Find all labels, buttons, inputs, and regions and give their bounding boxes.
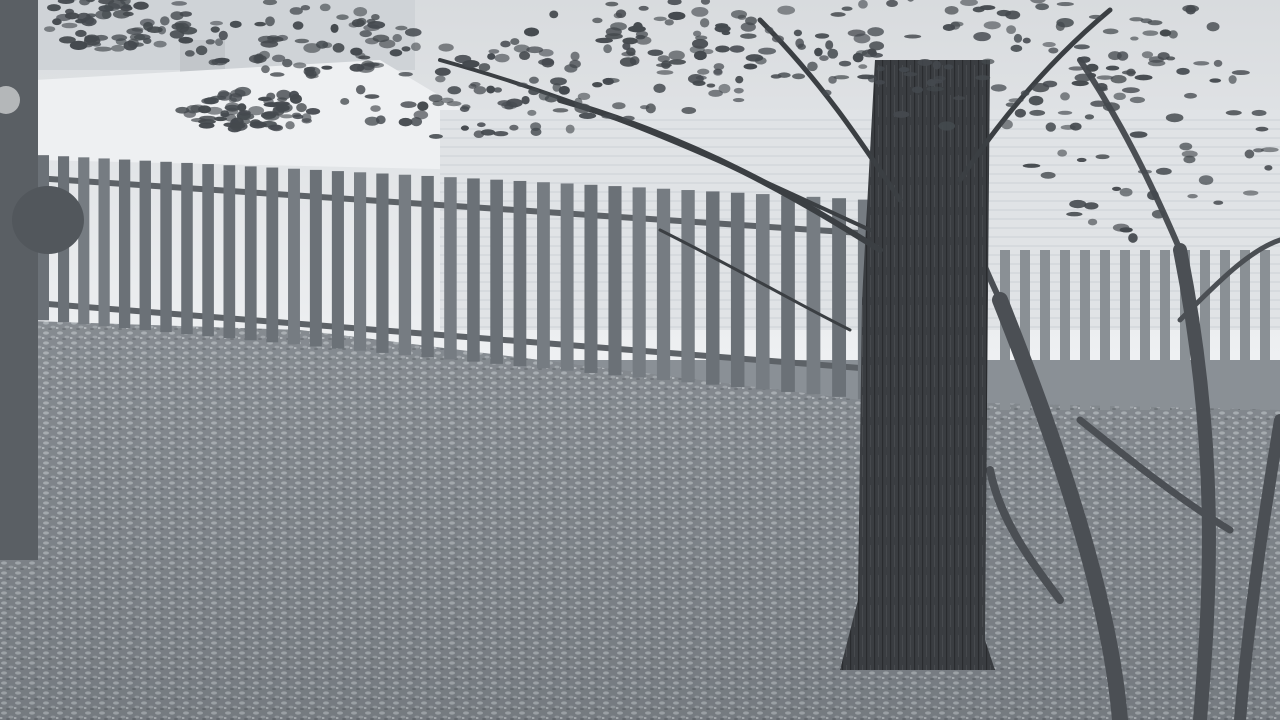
backyard-photo <box>0 0 1280 720</box>
left-post <box>0 0 38 560</box>
photo-scene: Backyard scene with a weathered wooden p… <box>0 0 1280 720</box>
round-sign <box>12 186 84 254</box>
